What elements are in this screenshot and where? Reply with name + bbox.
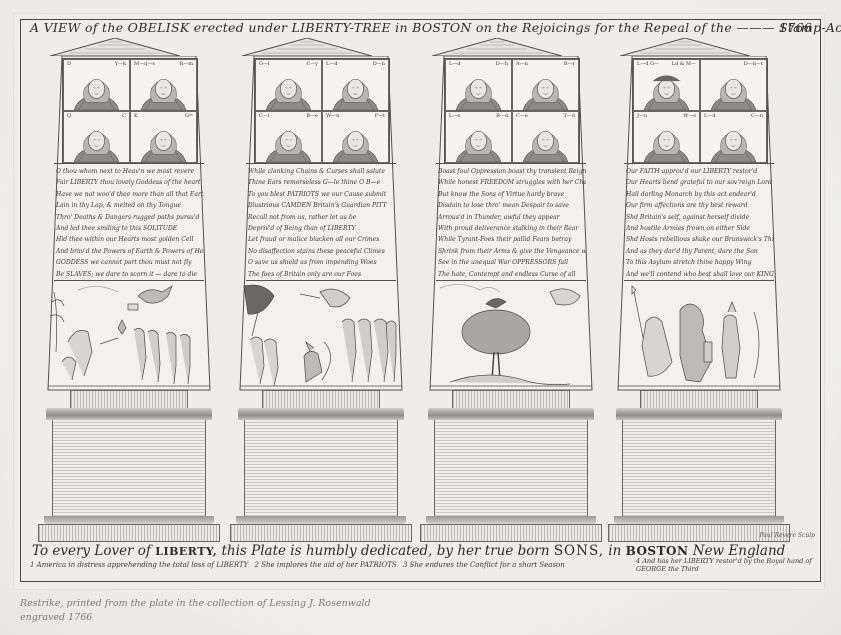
dedication-in: in: [608, 543, 621, 559]
verse-line: And brav'd the Powers of Earth & Powers …: [54, 246, 204, 257]
portrait: C—lB—e: [255, 111, 322, 163]
portrait: G—lC—y: [255, 59, 322, 111]
caption-row: 1 America in distress apprehending the t…: [30, 561, 816, 579]
pedestal-cornice: [616, 408, 782, 420]
portrait-label-left: W—n: [326, 113, 339, 119]
portrait-grid: L—d G—Ld & M— D—n—t J—nW—s L—dC—n: [632, 58, 768, 164]
obelisk-pyramidion-icon: [620, 38, 750, 56]
pedestal-block: [52, 420, 206, 516]
portrait-label-right: D—n: [373, 61, 385, 67]
verse-line: Illustrious CAMDEN Britain's Guardian PI…: [246, 200, 396, 211]
verse-line: And hostile Armies frown on either Side: [624, 223, 774, 234]
portrait: J—nW—s: [633, 111, 700, 163]
portrait-label-left: L—d G—: [637, 61, 659, 67]
pedestal-block: [622, 420, 776, 516]
portrait-label-left: Q: [67, 113, 71, 119]
caption-1: 1 America in distress apprehending the t…: [30, 561, 248, 569]
verse-line: Disdain to lose thro' mean Despair to sa…: [436, 200, 586, 211]
verse-line: While Tyrant-Foes their pallid Fears bet…: [436, 234, 586, 245]
portrait-label-left: L—e: [449, 113, 460, 119]
caption-4: 4 And has her LIBERTY restor'd by the Ro…: [636, 557, 826, 573]
pedestal-cornice: [46, 408, 212, 420]
pedestal-base: [38, 524, 220, 542]
portrait: L—eB—d: [445, 111, 512, 163]
pedestal-cornice: [238, 408, 404, 420]
allegorical-scene-3: [430, 282, 592, 390]
title-year: 1766: [779, 20, 812, 35]
portrait-label-right: B—r: [564, 61, 575, 67]
print-title: A VIEW of the OBELISK erected under LIBE…: [30, 20, 820, 38]
pedestal-block: [244, 420, 398, 516]
obelisk-pyramidion-icon: [432, 38, 562, 56]
portrait-label-right: Y—k: [115, 61, 126, 67]
verse-line: And led thee smiling to this SOLITUDE: [54, 223, 204, 234]
pedestal-block: [434, 420, 588, 516]
verse-line: The foes of Britain only are our Foes: [246, 269, 396, 280]
allegorical-scene-2: [240, 282, 402, 390]
portrait: D—n—t: [700, 59, 767, 111]
verse-line: Thro' Deaths & Dangers rugged paths purs…: [54, 212, 204, 223]
portrait-label-right: C—n: [751, 113, 763, 119]
portrait-label-right: B—d: [496, 113, 508, 119]
verse-line: Be SLAVES; we dare to scorn it — dare to…: [54, 269, 204, 280]
dedication-pre: To every Lover of: [32, 543, 151, 559]
portrait: M—q—sR—m: [130, 59, 197, 111]
handwritten-note: Restrike, printed from the plate in the …: [20, 597, 480, 625]
verse-line: And we'll contend who best shall love ou…: [624, 269, 774, 280]
verse-line: With proud deliverance stalking in their…: [436, 223, 586, 234]
verse-line: Thine Ears remorseless G—le thine O B—e: [246, 177, 396, 188]
dedication-sons: SONS,: [554, 543, 604, 559]
dedication-mid: this Plate is humbly dedicated, by her t…: [222, 543, 550, 559]
portrait-label-left: D: [67, 61, 71, 67]
portrait-label-left: M—q—s: [134, 61, 155, 67]
portrait: DY—k: [63, 59, 130, 111]
caption-2: 2 She implores the aid of her PATRIOTS: [255, 561, 397, 569]
portrait-label-right: B—e: [306, 113, 318, 119]
verse-line: Let fraud or malice blacken all our Crim…: [246, 234, 396, 245]
portrait: A—nB—r: [512, 59, 579, 111]
pedestal-base: [420, 524, 602, 542]
verse-line: O thou whom next to Heav'n we most rever…: [54, 166, 204, 177]
portrait-label-left: K: [134, 113, 138, 119]
verse-line: Recall not from us, rather let us be: [246, 212, 396, 223]
verse-line: The hate, Contempt and endless Curse of …: [436, 269, 586, 280]
verse-panel: Our FAITH approv'd our LIBERTY restor'dO…: [624, 163, 774, 281]
plinth-band: [70, 390, 188, 410]
portrait-label-left: L—d: [326, 61, 338, 67]
plinth-band: [640, 390, 758, 410]
pedestal-foot: [426, 516, 596, 524]
portrait: L—dC—n: [700, 111, 767, 163]
portrait-grid: L—dD—h A—nB—r L—eB—d C—eT—d: [444, 58, 580, 164]
portrait: L—dD—n: [322, 59, 389, 111]
verse-line: See in the unequal War OPPRESSORS fall: [436, 257, 586, 268]
verse-panel: O thou whom next to Heav'n we most rever…: [54, 163, 204, 281]
pedestal-base: [230, 524, 412, 542]
verse-panel: While clanking Chains & Curses shall sal…: [246, 163, 396, 281]
verse-panel: Boast foul Oppression boast thy transien…: [436, 163, 586, 281]
portrait: C—eT—d: [512, 111, 579, 163]
title-text: A VIEW of the OBELISK erected under LIBE…: [30, 20, 841, 35]
verse-line: While honest FREEDOM struggles with her …: [436, 177, 586, 188]
pedestal-cornice: [428, 408, 594, 420]
obelisk-face-3: L—dD—h A—nB—r L—eB—d C—eT—d Boast fou: [418, 38, 604, 538]
dedication-liberty: LIBERTY,: [155, 545, 217, 558]
allegorical-scene-1: [48, 282, 210, 390]
portrait: L—dD—h: [445, 59, 512, 111]
portrait-grid: DY—k M—q—sR—m QC KGᵍᵉ: [62, 58, 198, 164]
verse-line: Fair LIBERTY thou lovely Goddess of the …: [54, 177, 204, 188]
portrait-label-left: L—d: [449, 61, 461, 67]
verse-line: And as they dar'd thy Parent, dare the S…: [624, 246, 774, 257]
portrait-label-right: T—d: [563, 113, 575, 119]
verse-line: Boast foul Oppression boast thy transien…: [436, 166, 586, 177]
verse-line: Hid thee within our Hearts most golden C…: [54, 234, 204, 245]
verse-line: Shd Hosts rebellious shake our Brunswick…: [624, 234, 774, 245]
portrait-label-right: D—n—t: [744, 61, 763, 67]
verse-line: GODDESS we cannot part thou must not fly: [54, 257, 204, 268]
portrait-label-right: W—s: [683, 113, 696, 119]
portrait-label-right: Ld & M—: [672, 61, 696, 67]
portrait-label-left: G—l: [259, 61, 270, 67]
portrait-label-right: D—h: [496, 61, 508, 67]
handwritten-note-line-1: Restrike, printed from the plate in the …: [20, 597, 480, 611]
obelisk-face-4: L—d G—Ld & M— D—n—t J—nW—s L—dC—n Our: [606, 38, 792, 538]
portrait: QC: [63, 111, 130, 163]
obelisk-pyramidion-icon: [50, 38, 180, 56]
portrait-label-right: C: [122, 113, 126, 119]
verse-line: But know the Sons of Virtue hardy brave: [436, 189, 586, 200]
obelisk-face-1: DY—k M—q—sR—m QC KGᵍᵉ O thou whom nex: [36, 38, 222, 538]
allegorical-scene-4: [618, 282, 780, 390]
verse-line: Our Hearts bend grateful to our sov'reig…: [624, 177, 774, 188]
obelisk-pyramidion-icon: [242, 38, 372, 56]
portrait-label-right: P—t: [375, 113, 385, 119]
portrait-label-right: Gᵍᵉ: [185, 113, 193, 119]
verse-line: While clanking Chains & Curses shall sal…: [246, 166, 396, 177]
verse-line: To this Asylum stretch thine happy Wing: [624, 257, 774, 268]
portrait-label-right: C—y: [306, 61, 318, 67]
verse-line: Shrink from their Arms & give the Vengea…: [436, 246, 586, 257]
verse-line: Hail darling Monarch by this act endear'…: [624, 189, 774, 200]
portrait: W—nP—t: [322, 111, 389, 163]
verse-line: Shd Britain's self, against herself divi…: [624, 212, 774, 223]
verse-line: Have we not woo'd thee more than all tha…: [54, 189, 204, 200]
pedestal-foot: [614, 516, 784, 524]
handwritten-note-line-2: engraved 1766: [20, 611, 480, 625]
portrait-label-left: A—n: [516, 61, 528, 67]
verse-line: To you blest PATRIOTS we our Cause submi…: [246, 189, 396, 200]
portrait-grid: G—lC—y L—dD—n C—lB—e W—nP—t: [254, 58, 390, 164]
dedication-boston: BOSTON: [626, 544, 689, 558]
verse-line: No disaffection stains these peaceful Cl…: [246, 246, 396, 257]
portrait: KGᵍᵉ: [130, 111, 197, 163]
engraver-signature: Paul Revere Sculp: [760, 532, 815, 539]
verse-line: Our FAITH approv'd our LIBERTY restor'd: [624, 166, 774, 177]
verse-line: Lain in thy Lap, & melted on thy Tongue: [54, 200, 204, 211]
plinth-band: [452, 390, 570, 410]
portrait-label-left: C—e: [516, 113, 528, 119]
verse-line: Our firm affections are thy best reward: [624, 200, 774, 211]
portrait: L—d G—Ld & M—: [633, 59, 700, 111]
portrait-label-left: C—l: [259, 113, 269, 119]
pedestal-foot: [236, 516, 406, 524]
portrait-label-right: R—m: [179, 61, 193, 67]
pedestal-foot: [44, 516, 214, 524]
portrait-label-left: J—n: [637, 113, 647, 119]
obelisk-face-2: G—lC—y L—dD—n C—lB—e W—nP—t While cla: [228, 38, 414, 538]
plinth-band: [262, 390, 380, 410]
portrait-label-left: L—d: [704, 113, 716, 119]
verse-line: Depriv'd of Being than of LIBERTY: [246, 223, 396, 234]
verse-line: Arrous'd in Thunder, awful they appear: [436, 212, 586, 223]
verse-line: O save us shield us from impending Woes: [246, 257, 396, 268]
caption-3: 3 She endures the Conflict for a short S…: [403, 561, 565, 569]
